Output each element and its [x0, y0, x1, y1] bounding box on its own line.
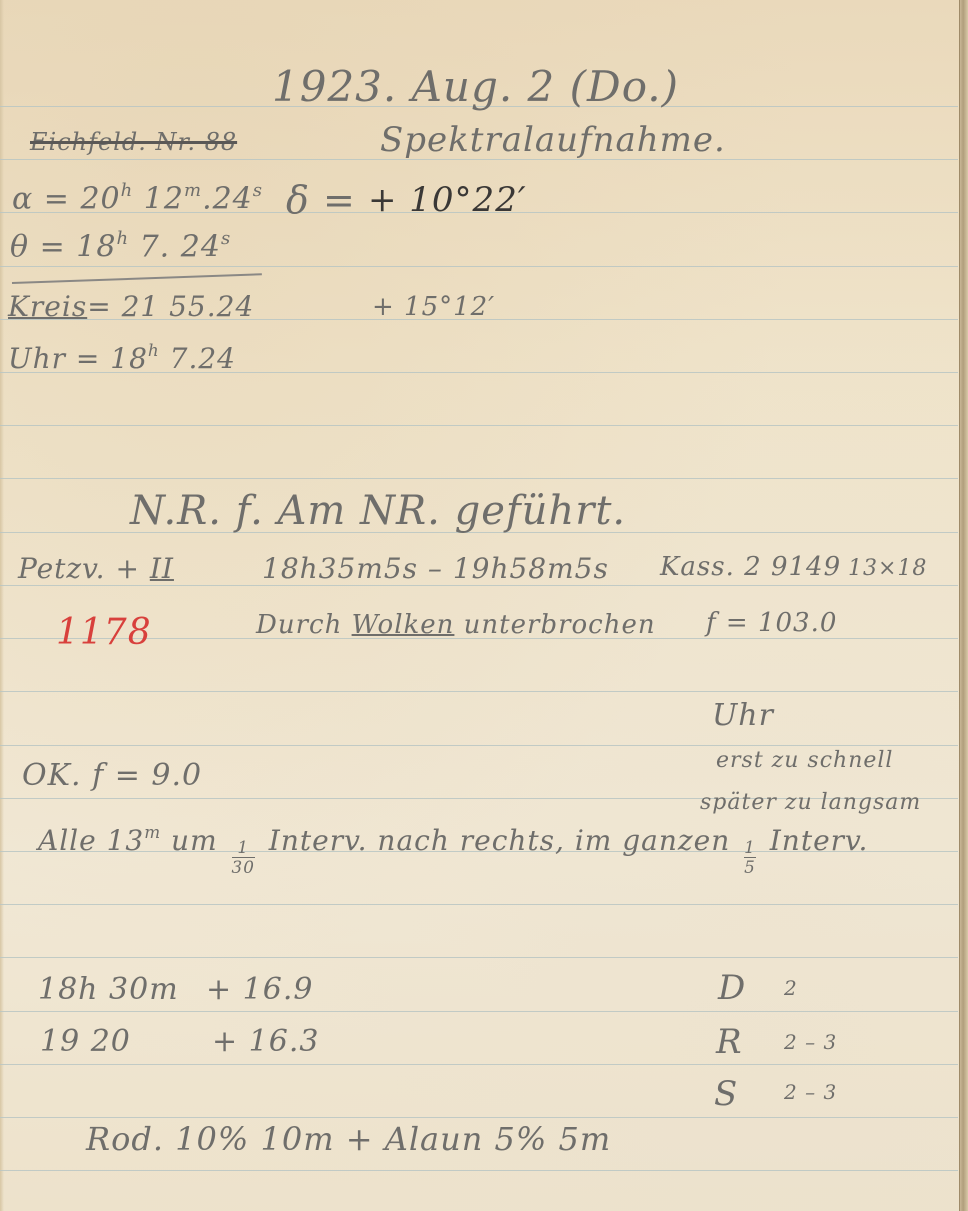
ruled-line [0, 1011, 958, 1012]
kreis-label: Kreis [8, 290, 87, 323]
drift-pre: Alle 13 [38, 824, 144, 857]
seeing-value-r: 2 – 3 [784, 1030, 837, 1054]
circle-declination: + 15°12′ [372, 292, 495, 322]
exposure-time-range: 18h35m5s – 19h58m5s [262, 552, 609, 585]
page-right-edge [960, 0, 968, 1211]
fraction-one-fifth: 15 [744, 839, 756, 876]
ocular-focal: OK. f = 9.0 [22, 758, 202, 793]
ruled-line [0, 691, 958, 692]
fraction-one-thirtieth: 130 [232, 839, 255, 876]
observation-heading: N.R. f. Am NR. geführt. [130, 488, 626, 534]
fraction-denominator: 30 [232, 859, 255, 876]
ruled-line [0, 478, 958, 479]
drift-post: Interv. [760, 824, 869, 857]
plate-number: II [150, 552, 174, 585]
plate-label-text: Petzv. + [18, 552, 150, 585]
uhr-value: 7.24 [170, 342, 236, 375]
alpha-minutes-unit: m [184, 180, 202, 201]
alpha-hours-unit: h [121, 180, 134, 201]
entry-title: Spektralaufnahme. [380, 120, 726, 160]
remark-pre: Durch [256, 610, 352, 640]
temperature-value-2: + 16.3 [212, 1024, 319, 1059]
drift-minutes-unit: m [144, 822, 161, 842]
kreis-value: = 21 55.24 [87, 290, 254, 323]
seeing-value-s: 2 – 3 [784, 1080, 837, 1104]
temperature-value-1: + 16.9 [206, 972, 313, 1007]
struck-out-text: Eichfeld. Nr. 88 [30, 128, 237, 156]
clock-note-title: Uhr [712, 698, 774, 733]
fraction-denominator: 5 [744, 859, 756, 876]
uhr-hours-unit: h [148, 340, 160, 360]
theta-seconds-unit: s [221, 228, 231, 249]
alpha-seconds: .24 [202, 182, 253, 217]
drift-mid2: Interv. nach rechts, im ganzen [259, 824, 740, 857]
clock-note-line2: später zu langsam [700, 790, 921, 815]
clock-note-line1: erst zu schnell [716, 748, 893, 773]
separator-line [12, 273, 262, 284]
fraction-numerator: 1 [744, 839, 756, 856]
clock-reading: Uhr = 18h 7.24 [8, 340, 236, 375]
remark-post: unterbrochen [454, 610, 655, 640]
declination-label: δ = [286, 178, 356, 222]
plate-label: Petzv. + II [18, 552, 174, 585]
plate-catalog-number: 1178 [56, 612, 152, 653]
circle-reading: Kreis= 21 55.24 [8, 290, 254, 323]
remark-underlined: Wolken [352, 610, 455, 640]
right-ascension: α = 20h 12m.24s [12, 180, 263, 217]
seeing-symbol-s: S [714, 1074, 738, 1114]
ruled-line [0, 1117, 958, 1118]
theta-hours-unit: h [116, 228, 129, 249]
remark: Durch Wolken unterbrochen [256, 610, 656, 640]
development-note: Rod. 10% 10m + Alaun 5% 5m [86, 1120, 611, 1158]
seeing-value-d: 2 [784, 976, 798, 1000]
uhr-label: Uhr = 18 [8, 342, 148, 375]
ruled-line [0, 425, 958, 426]
theta-value: 7. 24 [140, 230, 221, 265]
notebook-page: 1923. Aug. 2 (Do.) Eichfeld. Nr. 88 Spek… [0, 0, 968, 1211]
ruled-line [0, 585, 958, 586]
ruled-line [0, 957, 958, 958]
entry-date: 1923. Aug. 2 (Do.) [272, 62, 679, 111]
fraction-numerator: 1 [237, 839, 249, 856]
sidereal-time: θ = 18h 7. 24s [10, 228, 231, 265]
ruled-line [0, 1170, 958, 1171]
temperature-time-1: 18h 30m [38, 972, 179, 1007]
theta-label: θ = 18 [10, 230, 116, 265]
ruled-line [0, 1064, 958, 1065]
alpha-seconds-unit: s [253, 180, 263, 201]
focal-length: f = 103.0 [706, 608, 837, 638]
seeing-symbol-r: R [716, 1022, 743, 1062]
alpha-minutes: 12 [144, 182, 184, 217]
ruled-line [0, 266, 958, 267]
plate-size: 13×18 [848, 556, 927, 581]
page-left-edge [0, 0, 4, 1211]
temperature-time-2: 19 20 [40, 1024, 131, 1059]
drift-note: Alle 13m um 130 Interv. nach rechts, im … [38, 822, 868, 876]
cassette: Kass. 2 9149 [660, 552, 841, 582]
seeing-symbol-d: D [718, 968, 746, 1008]
ruled-line [0, 745, 958, 746]
drift-mid: um [161, 824, 227, 857]
ruled-line [0, 904, 958, 905]
alpha-label: α = 20 [12, 182, 121, 217]
declination-value: + 10°22′ [368, 180, 527, 220]
